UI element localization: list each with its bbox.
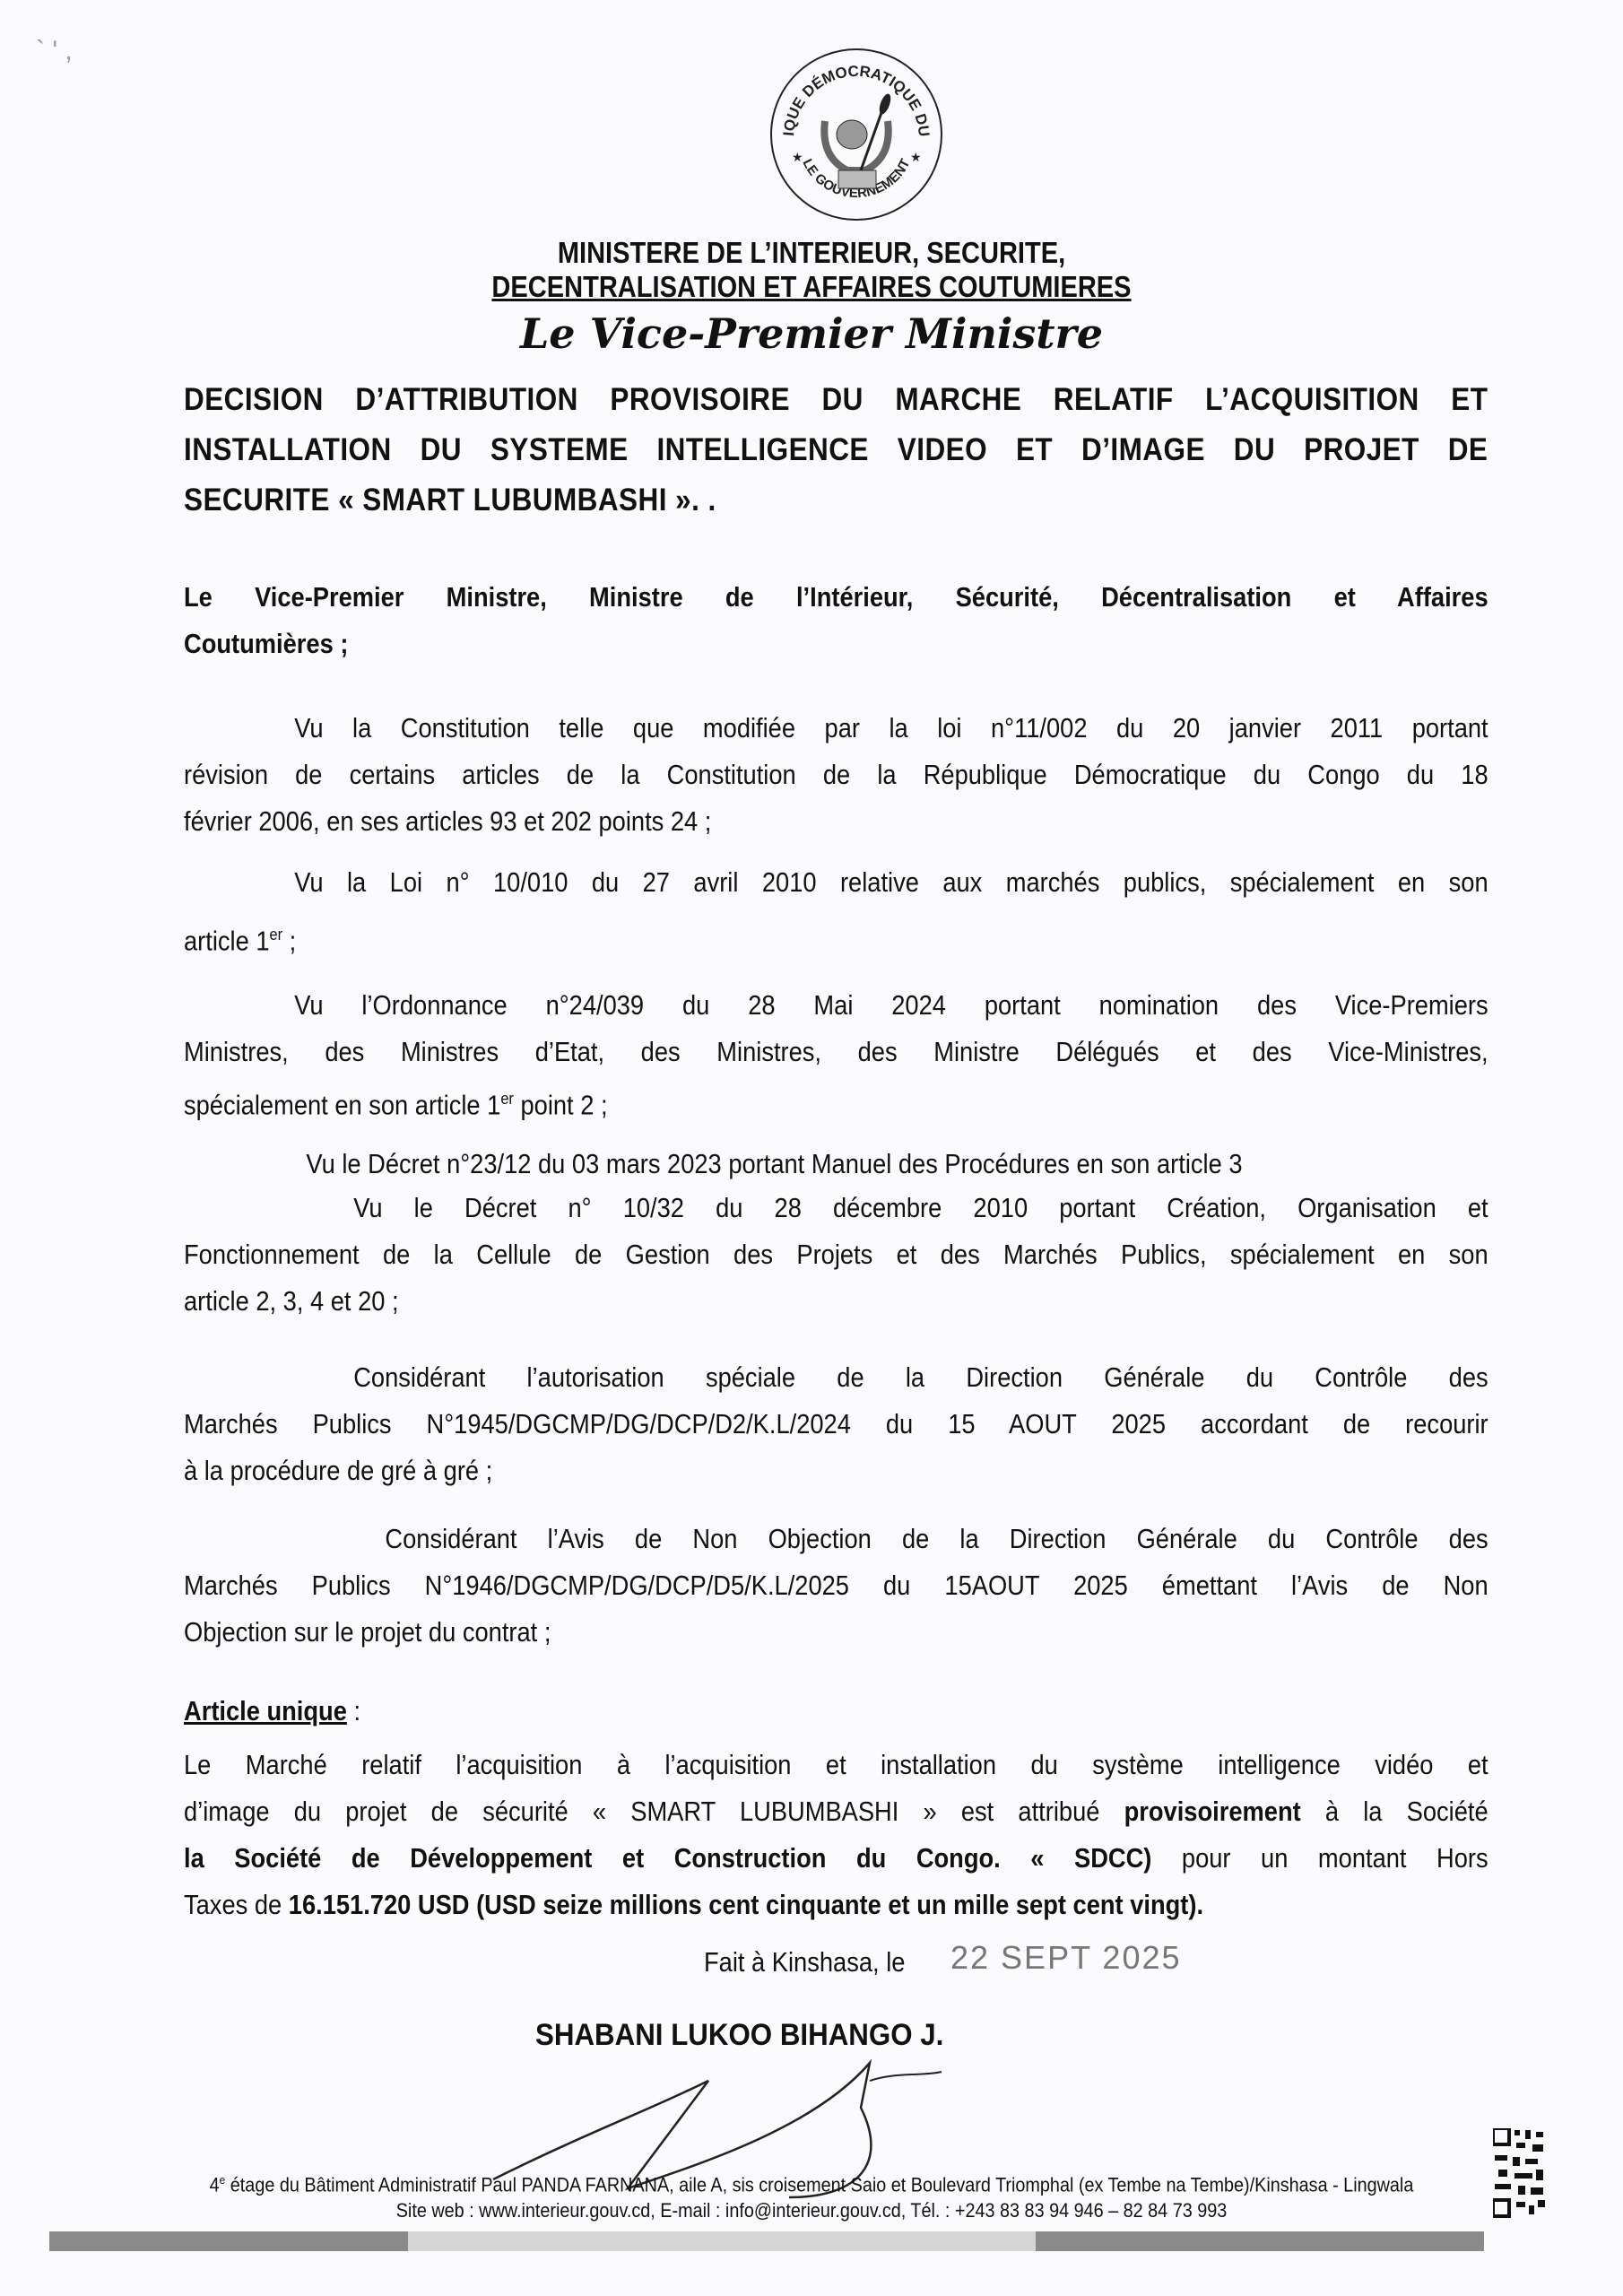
footer-decorative-bar: [49, 2231, 1484, 2251]
article-heading: Article unique: [184, 1695, 347, 1726]
footer-contact: Site web : www.interieur.gouv.cd, E-mail…: [82, 2199, 1542, 2222]
preamble: Le Vice-Premier Ministre, Ministre de l’…: [184, 574, 1488, 667]
consideration-constitution: Vu la Constitution telle que modifiée pa…: [184, 705, 1488, 845]
article-unique: Article unique : Le Marché relatif l’acq…: [184, 1688, 1488, 1928]
footer-address: 4e étage du Bâtiment Administratif Paul …: [82, 2173, 1542, 2196]
government-seal-icon: RÉPUBLIQUE DÉMOCRATIQUE DU CONGO LE GOUV…: [767, 45, 946, 224]
consideration-autorisation-speciale: Considérant l’autorisation spéciale de l…: [184, 1354, 1488, 1494]
scan-artifact: ` ' ,: [36, 36, 73, 66]
consideration-ordonnance: Vu l’Ordonnance n°24/039 du 28 Mai 2024 …: [184, 982, 1488, 1128]
svg-text:★: ★: [910, 150, 922, 164]
decision-title: DECISION D’ATTRIBUTION PROVISOIRE DU MAR…: [184, 375, 1488, 526]
consideration-avis-non-objection: Considérant l’Avis de Non Objection de l…: [184, 1516, 1488, 1656]
ministry-name-line1: MINISTERE DE L’INTERIEUR, SECURITE,: [98, 235, 1526, 271]
consideration-decrets: Vu le Décret n°23/12 du 03 mars 2023 por…: [184, 1144, 1488, 1325]
office-title: Le Vice-Premier Ministre: [0, 309, 1623, 358]
qr-code-icon: [1493, 2128, 1547, 2218]
website-link[interactable]: www.interieur.gouv.cd: [479, 2199, 650, 2222]
contract-amount: 16.151.720 USD: [289, 1889, 470, 1920]
svg-text:★: ★: [792, 150, 803, 164]
email-link[interactable]: info@interieur.gouv.cd: [725, 2199, 901, 2222]
date-stamp: 22 SEPT 2025: [950, 1939, 1182, 1977]
awardee-company: la Société de Développement et Construct…: [184, 1842, 1151, 1874]
consideration-loi-marches-publics: Vu la Loi n° 10/010 du 27 avril 2010 rel…: [184, 859, 1488, 964]
ministry-name-line2: DECENTRALISATION ET AFFAIRES COUTUMIERES: [98, 269, 1526, 305]
